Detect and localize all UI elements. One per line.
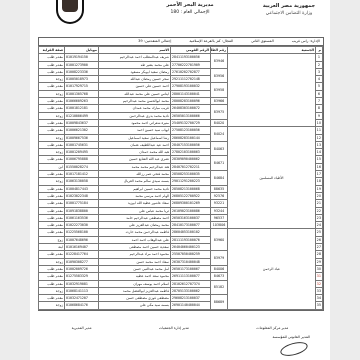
cell-mobile: 01008223336 — [65, 68, 99, 75]
country-block: جمهورية مصر العربية وزارة التضامن الاجتم… — [254, 3, 324, 17]
cell-index: 29 — [316, 258, 323, 265]
cell-national-id: 25507050400259 — [171, 251, 211, 258]
cell-relation: مقدم طلب — [39, 200, 65, 207]
col-header-national-id: الرقم القومي — [171, 47, 211, 54]
cell-name: غريب مبارك محمد عمدان — [99, 105, 171, 112]
cell-order-number: 83975 — [211, 105, 228, 120]
cell-order-number: 84673 — [211, 273, 228, 280]
cell-name: نادية محمد حسين ابراهيم — [99, 185, 171, 192]
cell-order-number: 83956 — [211, 68, 228, 83]
signatures-row: مدير مركز المعلومات مدير إدارة الجمعيات … — [38, 326, 322, 330]
sig-directorate-head: مدير المديرية — [72, 326, 92, 330]
cell-mobile: 01228417764 — [65, 251, 99, 258]
cell-national-id: 26901140400044 — [171, 302, 211, 309]
cell-national-id: 26911113100077 — [171, 273, 211, 280]
cell-mobile: 01068684176 — [65, 302, 99, 309]
cell-relation: مقدم طلب — [39, 156, 65, 163]
cell-relation: مقدم طلب — [39, 207, 65, 214]
cell-national-id: 26404060400123 — [171, 244, 211, 251]
cell-name: علي محمد بشير طه — [99, 61, 171, 68]
cell-association: عباد الرحمن — [228, 229, 316, 309]
cell-association: الأطباء المسلمين — [228, 127, 316, 229]
cell-relation: مقدم طلب — [39, 83, 65, 90]
cell-national-id: 28407012702211 — [171, 163, 211, 170]
cell-name: ايهاب سيد حسين احمد — [99, 127, 171, 134]
document-page: مديرية البحر الأحمر الإجمالي العام : 180… — [30, 0, 330, 360]
cell-national-id: 28410173100077 — [171, 222, 211, 229]
cell-association — [228, 54, 316, 127]
cell-relation: مقدم طلب — [39, 192, 65, 199]
cell-index: 30 — [316, 265, 323, 272]
table-body: 18394628411193100056شريف عبدالمطلب احمد … — [39, 54, 323, 309]
cell-mobile: 01009843637 — [65, 119, 99, 126]
cell-index: 12 — [316, 134, 323, 141]
cell-mobile: 01006621302 — [65, 127, 99, 134]
cell-national-id: 29211112702148 — [171, 76, 211, 83]
cell-mobile: 01066609263 — [65, 98, 99, 105]
total-label: الإجمالي العام : 180 — [140, 9, 240, 16]
directorate-title: مديرية البحر الأحمر — [140, 2, 240, 9]
cell-index: 7 — [316, 98, 323, 105]
cell-mobile: 01016169407 — [65, 244, 99, 251]
cell-relation: ابنة — [39, 244, 65, 251]
cell-name: امل محمد عبدالنبي حسن — [99, 265, 171, 272]
cell-national-id: 29608213100037 — [171, 295, 211, 302]
cell-name: سحر حسين رمضان عبدالله — [99, 76, 171, 83]
cell-relation: زوجة — [39, 112, 65, 119]
cell-relation: مقدم طلب — [39, 61, 65, 68]
cell-index: 27 — [316, 244, 323, 251]
cell-name: نادية محمد بدري عبدالرحمن — [99, 112, 171, 119]
cell-name: علي عبدالوهاب احمد احمد — [99, 236, 171, 243]
beneficiaries-sheet: الإدارة: راس غريب المستوى الثاني المجال:… — [38, 37, 324, 311]
cell-mobile: 01017181412 — [65, 171, 99, 178]
cell-national-id: 28508213100068 — [171, 185, 211, 192]
cell-index: 19 — [316, 185, 323, 192]
cell-name: احمد عيد عبداللطيف عثمان — [99, 141, 171, 148]
cell-mobile: 01001775184 — [65, 200, 99, 207]
cell-relation: مقدم طلب — [39, 141, 65, 148]
cell-relation: زوجة — [39, 90, 65, 97]
cell-national-id: 28309090400062 — [171, 156, 211, 163]
ministry-title: وزارة التضامن الاجتماعي — [254, 10, 324, 17]
cell-national-id: 28111193100076 — [171, 236, 211, 243]
cell-national-id: 27508123100056 — [171, 127, 211, 134]
cell-index: 33 — [316, 287, 323, 294]
cell-national-id: 29011291200223 — [171, 178, 211, 185]
cell-mobile: 01001209495 — [65, 149, 99, 156]
cell-index: 28 — [316, 251, 323, 258]
cell-relation: مقدم طلب — [39, 265, 65, 272]
cell-mobile: 01068141113 — [65, 287, 99, 294]
cell-relation: مقدم طلب — [39, 54, 65, 61]
cell-national-id: 25409132700729 — [171, 119, 211, 126]
cell-order-number: 84020 — [211, 119, 228, 126]
sig-info-center: مدير مركز المعلومات — [256, 326, 288, 330]
cell-relation: مقدم طلب — [39, 251, 65, 258]
cell-mobile: 01001305768 — [65, 90, 99, 97]
cell-relation: مقدم طلب — [39, 98, 65, 105]
administration-label: الإدارة: راس غريب — [292, 38, 320, 45]
cell-name: سعاد احمد محمد حسن — [99, 258, 171, 265]
cell-index: 18 — [316, 178, 323, 185]
cell-name: مصطفى فوزي مصطفى حسن — [99, 295, 171, 302]
cell-mobile: 01225568100 — [65, 229, 99, 236]
cell-name: الهام احمد مرسي محمد — [99, 192, 171, 199]
cell-mobile: 01061163536 — [65, 214, 99, 221]
cell-relation: ابن — [39, 163, 65, 170]
applicants-total-label: إجمالي المتقدمين: 39 — [138, 38, 171, 45]
cell-relation: مقدم طلب — [39, 229, 65, 236]
cell-name: بسمه سيد مكي علي — [99, 302, 171, 309]
cell-national-id: 26809300101269 — [171, 200, 211, 207]
cell-name: محمد فتحي عمر رزالله — [99, 171, 171, 178]
cell-order-number: 85182 — [211, 280, 228, 295]
cell-order-number: 84006 — [211, 265, 228, 272]
cell-index: 23 — [316, 214, 323, 221]
cell-name: محمود احمد مراد عبدالرحيم — [99, 251, 171, 258]
cell-mobile: 01009667536 — [65, 134, 99, 141]
cell-index: 24 — [316, 222, 323, 229]
table-header-row: م الجمعية رقم الطلب الرقم القومي الاسم م… — [39, 47, 323, 54]
cell-index: 35 — [316, 302, 323, 309]
cell-relation: مقدم طلب — [39, 127, 65, 134]
cell-mobile: 01032471207 — [65, 295, 99, 302]
cell-index: 21 — [316, 200, 323, 207]
cell-order-number: 84671 — [211, 156, 228, 171]
cell-mobile: 01022273030 — [65, 222, 99, 229]
cell-relation: مقدم طلب — [39, 68, 65, 75]
cell-order-number: 83966 — [211, 98, 228, 105]
cell-index: 32 — [316, 280, 323, 287]
cell-name: محمد رمضان عبدالعزيز علي — [99, 222, 171, 229]
cell-index: 22 — [316, 207, 323, 214]
cell-order-number: 96537 — [211, 214, 228, 221]
cell-mobile: 01004817443 — [65, 185, 99, 192]
cell-national-id: 26307310400048 — [171, 258, 211, 265]
cell-mobile: 01001745631 — [65, 141, 99, 148]
cell-index: 6 — [316, 90, 323, 97]
cell-order-number: 84684 — [211, 171, 228, 186]
cell-name: سعدية حسين احمد مصطفى — [99, 244, 171, 251]
cell-mobile: 01032919081 — [65, 280, 99, 287]
cell-order-number: 92576 — [211, 192, 228, 199]
cell-name: احمد مصطفى عبدالرحيم حامد — [99, 214, 171, 221]
col-header-relation: صفة القرابة — [39, 47, 65, 54]
cell-relation: زوجة — [39, 287, 65, 294]
directorate-block: مديرية البحر الأحمر الإجمالي العام : 180 — [140, 2, 240, 16]
cell-mobile: 01006795888 — [65, 156, 99, 163]
cell-index: 20 — [316, 192, 323, 199]
cell-national-id: 28508253100035 — [171, 171, 211, 178]
cell-relation: زوجة — [39, 258, 65, 265]
cell-mobile: 01210006499 — [65, 112, 99, 119]
cell-index: 15 — [316, 156, 323, 163]
cell-relation: مقدم طلب — [39, 214, 65, 221]
cell-name: محمود سعد احمد عطيه — [99, 273, 171, 280]
cell-national-id: 26408303100072 — [171, 105, 211, 112]
cell-name: هند عبدالرحيم محمد محمد — [99, 163, 171, 170]
table-row: 18394628411193100056شريف عبدالمطلب احمد … — [39, 54, 323, 61]
cell-national-id: 28705133100062 — [171, 287, 211, 294]
cell-index: 14 — [316, 149, 323, 156]
cell-index: 11 — [316, 127, 323, 134]
cell-order-number: 93244 — [211, 207, 228, 214]
sig-legal-director: المدير القانوني للمؤسسة — [272, 335, 310, 339]
emblem-core-icon — [62, 0, 78, 12]
country-title: جمهورية مصر العربية — [254, 3, 324, 10]
cell-relation: زوجة — [39, 302, 65, 309]
cell-index: 31 — [316, 273, 323, 280]
cell-national-id: 27706222701909 — [171, 61, 211, 68]
cell-national-id: 26109023100086 — [171, 207, 211, 214]
cell-mobile: 01001273900 — [65, 61, 99, 68]
cell-index: 8 — [316, 105, 323, 112]
cell-name: محمد ابوالحسن محمد عبدالرحيم — [99, 98, 171, 105]
col-header-index: م — [316, 47, 323, 54]
level-label: المستوى الثاني — [251, 38, 274, 45]
cell-order-number: 88689 — [211, 295, 228, 310]
cell-mobile: 01275583329 — [65, 273, 99, 280]
cell-mobile: 01017929715 — [65, 83, 99, 90]
emblem-logo — [56, 0, 86, 26]
cell-relation: زوجة — [39, 149, 65, 156]
sig-associations-admin: مدير إدارة الجمعيات — [159, 326, 189, 330]
cell-index: 26 — [316, 236, 323, 243]
cell-index: 1 — [316, 54, 323, 61]
document-header: مديرية البحر الأحمر الإجمالي العام : 180… — [30, 0, 330, 36]
col-header-mobile: موبايل — [65, 47, 99, 54]
col-header-order-number: رقم الطلب — [211, 47, 228, 54]
cell-name: منيرة شعراني احمد محمود — [99, 119, 171, 126]
cell-index: 10 — [316, 119, 323, 126]
cell-relation: مقدم طلب — [39, 222, 65, 229]
cell-mobile: 01001812181 — [65, 105, 99, 112]
cell-name: شريف عبدالمطلب احمد عبدالرحيم — [99, 54, 171, 61]
cell-index: 34 — [316, 295, 323, 302]
cell-mobile: 01063130058 — [65, 178, 99, 185]
cell-relation: مقدم طلب — [39, 119, 65, 126]
cell-order-number: 93221 — [211, 200, 228, 207]
cell-national-id: 27610202702877 — [171, 68, 211, 75]
cell-index: 2 — [316, 61, 323, 68]
cell-national-id: 26501173100067 — [171, 265, 211, 272]
col-header-association: الجمعية — [228, 47, 316, 54]
col-header-name: الاسم — [99, 47, 171, 54]
cell-name: رمضان سعيد ابوبكر مسعود — [99, 68, 171, 75]
cell-index: 9 — [316, 112, 323, 119]
cell-name: نصري عبد الله الشايع حسين — [99, 156, 171, 163]
cell-national-id: 28411193100056 — [171, 54, 211, 61]
cell-order-number: 103806 — [211, 222, 228, 229]
cell-relation: مقدم طلب — [39, 280, 65, 287]
cell-national-id: 26505013100066 — [171, 112, 211, 119]
cell-index: 4 — [316, 76, 323, 83]
cell-order-number: 88635 — [211, 185, 228, 192]
cell-name: سعاد عاشور عطية الله ابوزيد — [99, 200, 171, 207]
cell-name: ثريا محمد عباس علي — [99, 207, 171, 214]
cell-relation: مقدم طلب — [39, 171, 65, 178]
cell-national-id: 26503163100037 — [171, 214, 211, 221]
cell-national-id: 27802103100063 — [171, 149, 211, 156]
table-row: 25عباد الرحمن8396028604053100102فاطمه عب… — [39, 229, 323, 236]
handwritten-signature-icon — [279, 340, 309, 359]
cell-relation: مقدم طلب — [39, 105, 65, 112]
cell-relation: زوجة — [39, 134, 65, 141]
cell-relation: مقدم طلب — [39, 295, 65, 302]
cell-index: 3 — [316, 68, 323, 75]
cell-index: 25 — [316, 229, 323, 236]
cell-relation: زوجة — [39, 178, 65, 185]
cell-name: احمد حسين علي حسين — [99, 83, 171, 90]
cell-order-number: 83960 — [211, 229, 228, 251]
cell-name: رشا اسماعيل سعيد اسماعيل — [99, 134, 171, 141]
cell-order-number: 84063 — [211, 141, 228, 156]
cell-name: هبه الله محمد حمدان — [99, 149, 171, 156]
cell-order-number: 83979 — [211, 251, 228, 266]
cell-index: 16 — [316, 163, 323, 170]
cell-name: فاطمه عبدالعزيز ابوالفضل محمد — [99, 287, 171, 294]
field-label: المجال: كنز بالقرعة الإسلامية — [189, 38, 233, 45]
cell-index: 13 — [316, 141, 323, 148]
cell-mobile: 01007648696 — [65, 236, 99, 243]
cell-national-id: 28407153100056 — [171, 141, 211, 148]
cell-index: 17 — [316, 171, 323, 178]
cell-mobile: 01019194150 — [65, 54, 99, 61]
cell-name: فاطمه عبدالرحمن محمد حارث — [99, 229, 171, 236]
cell-index: 5 — [316, 83, 323, 90]
cell-order-number: 83958 — [211, 83, 228, 98]
cell-name: ايناس حسين علي محمد عبدالله — [99, 90, 171, 97]
cell-national-id: 28608283100144 — [171, 134, 211, 141]
cell-relation: مقدم طلب — [39, 185, 65, 192]
cell-national-id: 27908193100032 — [171, 83, 211, 90]
cell-national-id: 28008283100096 — [171, 98, 211, 105]
cell-national-id: 28604053100102 — [171, 229, 211, 236]
cell-relation: زوجة — [39, 76, 65, 83]
beneficiaries-table: م الجمعية رقم الطلب الرقم القومي الاسم م… — [38, 46, 323, 310]
cell-national-id: 28102612707374 — [171, 280, 211, 287]
info-bar: الإدارة: راس غريب المستوى الثاني المجال:… — [39, 38, 323, 46]
cell-mobile: 01091838800 — [65, 207, 99, 214]
cell-name: بسمه سيدي سالم محمد الغريال — [99, 178, 171, 185]
cell-relation: زوج — [39, 236, 65, 243]
cell-mobile: 01023022348 — [65, 192, 99, 199]
cell-mobile: 01090308277 — [65, 258, 99, 265]
cell-national-id: 28001143100041 — [171, 90, 211, 97]
cell-mobile: 01550028274 — [65, 163, 99, 170]
cell-relation: مقدم طلب — [39, 273, 65, 280]
cell-mobile: 01002009726 — [65, 265, 99, 272]
cell-mobile: 01005018973 — [65, 76, 99, 83]
cell-name: اسلام احمد يوسف مهران — [99, 280, 171, 287]
cell-national-id: 26805122700922 — [171, 192, 211, 199]
table-row: 11الأطباء المسلمين8402427508123100056ايه… — [39, 127, 323, 134]
cell-order-number: 84024 — [211, 127, 228, 142]
cell-order-number: 83946 — [211, 54, 228, 69]
